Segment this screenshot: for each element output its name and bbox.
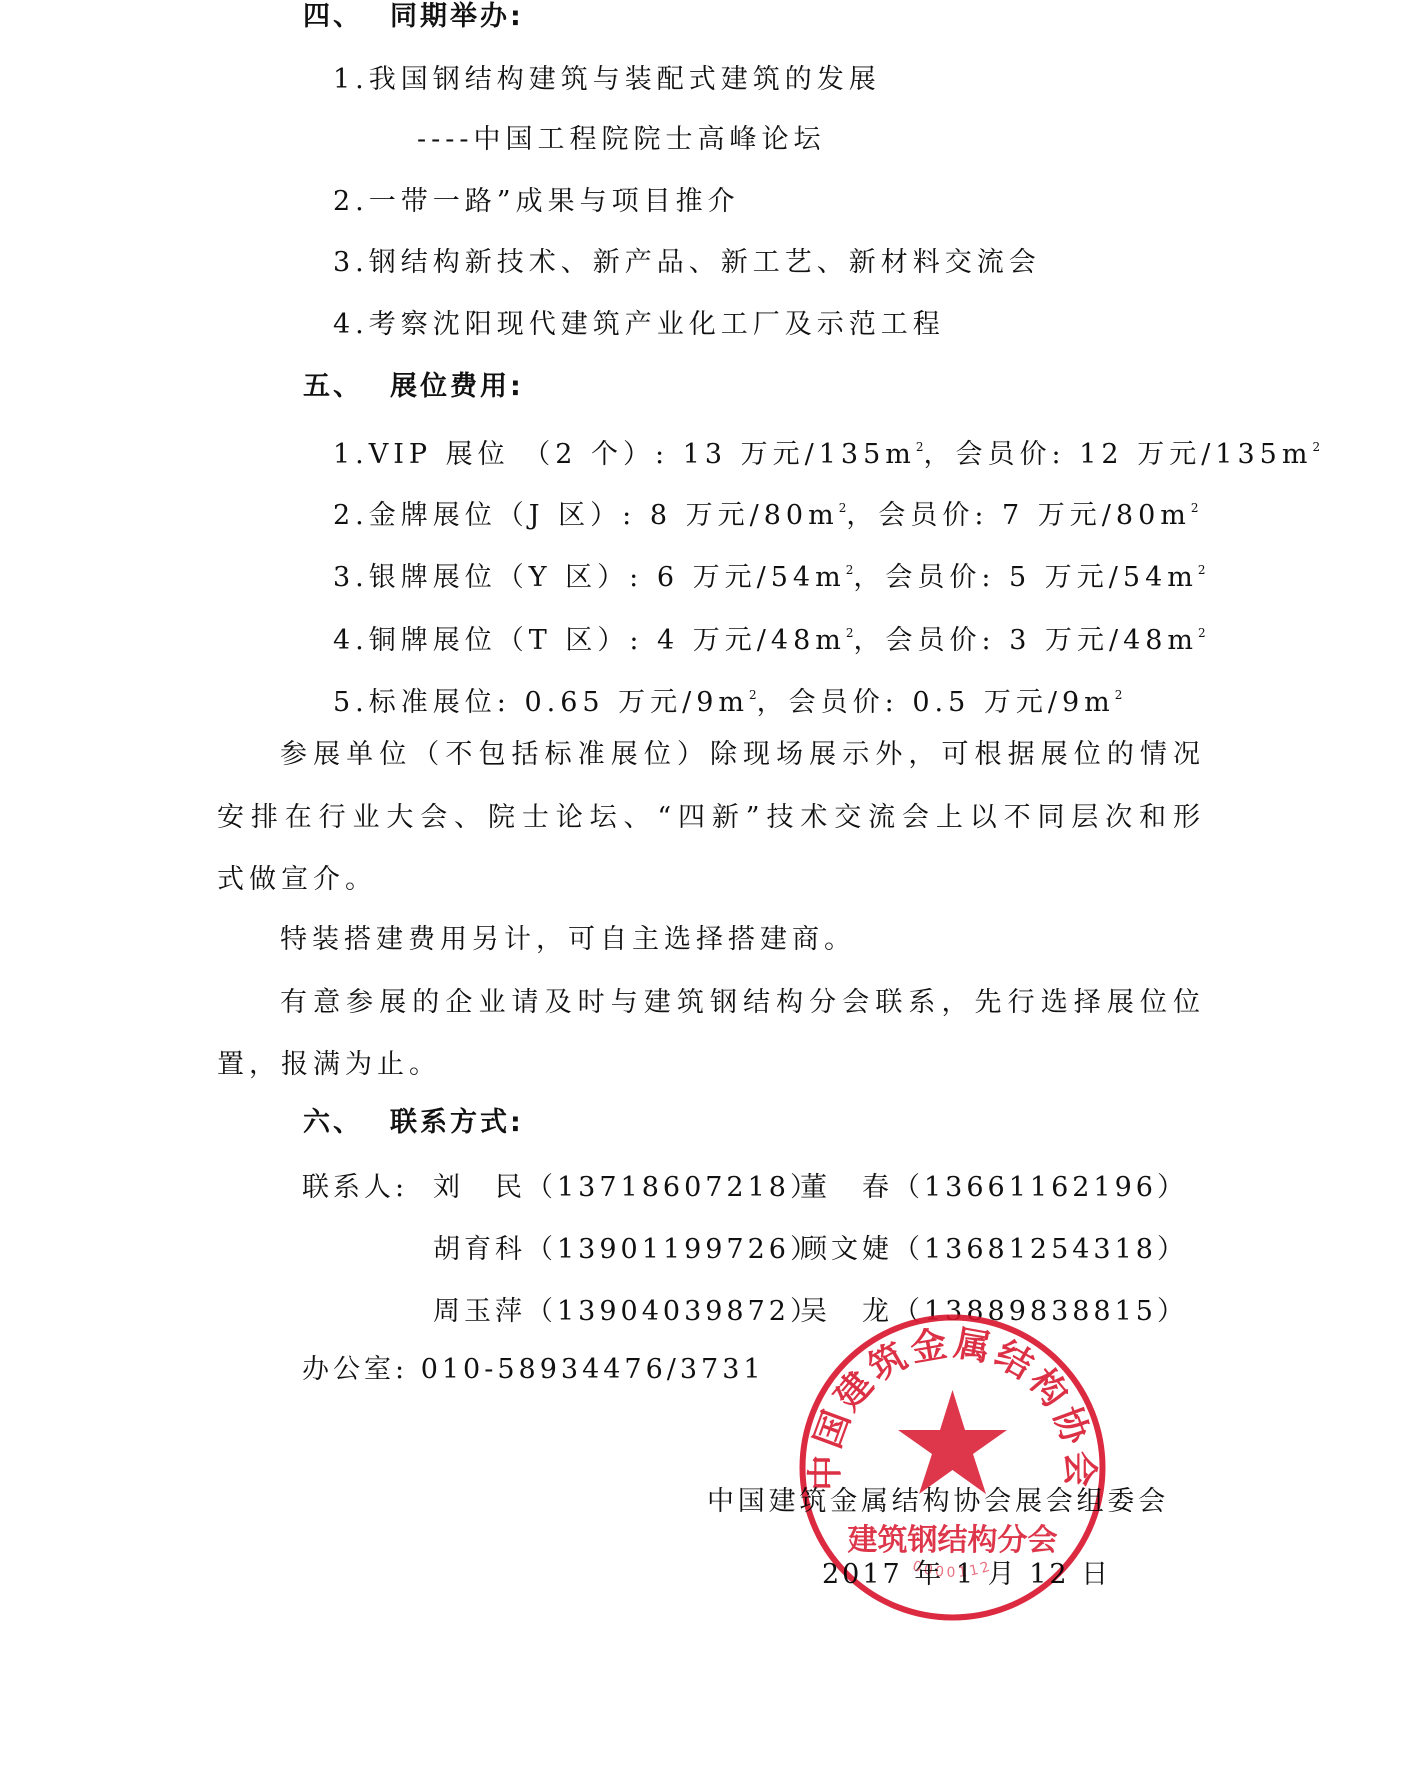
fee-row-vip: 1.VIP 展位 （2 个）: 13 万元/135m2，会员价: 12 万元/1… (333, 430, 1320, 464)
contact-entry: 吴 龙（13889838815） (800, 1295, 1188, 1329)
seal-outer-text: 中国建筑金属结构协会 (805, 1323, 1099, 1491)
fee-row-bronze: 4.铜牌展位（T 区）: 4 万元/48m2，会员价: 3 万元/48m2 (333, 616, 1206, 650)
svg-text:中国建筑金属结构协会: 中国建筑金属结构协会 (805, 1323, 1099, 1491)
contact-entry: 顾文婕（13681254318） (800, 1233, 1188, 1267)
fee-member-price: 3 万元/48m (1009, 625, 1198, 656)
contact-name: 胡育科 (433, 1234, 526, 1265)
section-4-item-3: 3.钢结构新技术、新产品、新工艺、新材料交流会 (333, 246, 1041, 280)
section-5-heading: 五、展位费用: (303, 370, 524, 404)
section-6-heading: 六、联系方式: (303, 1106, 524, 1140)
fee-label: 5.标准展位: (333, 687, 511, 718)
fee-price: 4 万元/48m (657, 625, 846, 656)
contact-phone: （13901199726） (526, 1234, 821, 1265)
fee-unit-sup: 2 (916, 440, 924, 454)
section-4-item-1-subtitle: ----中国工程院院士高峰论坛 (417, 123, 826, 157)
section-5-number: 五、 (303, 370, 390, 404)
fee-member-price: 0.5 万元/9m (912, 687, 1114, 718)
section-4-title: 同期举办: (390, 1, 524, 32)
contact-phone: （13661162196） (893, 1172, 1188, 1203)
section-4-item-2: 2.一带一路”成果与项目推介 (333, 185, 740, 219)
contact-entry: 胡育科（13901199726） (433, 1233, 821, 1267)
fee-member-label: ，会员价: (846, 500, 988, 531)
contact-name: 周玉萍 (433, 1296, 526, 1327)
fee-member-label: ，会员价: (854, 625, 996, 656)
contact-phone: （13904039872） (526, 1296, 821, 1327)
signature-organizer: 中国建筑金属结构协会展会组委会 (707, 1485, 1169, 1519)
fee-label: 4.铜牌展位（T 区）: (333, 625, 643, 656)
star-icon (898, 1390, 1007, 1494)
paragraph-promotion-line-3: 式做宣介。 (217, 863, 377, 897)
fee-unit-sup: 2 (1312, 440, 1320, 454)
office-label: 办公室: (302, 1354, 408, 1385)
fee-price: 8 万元/80m (650, 500, 839, 531)
contact-phone: （13718607218） (526, 1172, 821, 1203)
paragraph-construction-fee: 特装搭建费用另计，可自主选择搭建商。 (280, 923, 856, 957)
section-4-number: 四、 (303, 0, 390, 34)
office-phone: 010-58934476/3731 (421, 1354, 765, 1385)
fee-price: 6 万元/54m (657, 562, 846, 593)
fee-unit-sup: 2 (1198, 563, 1206, 577)
contact-phone: （13681254318） (893, 1234, 1188, 1265)
contact-name: 顾文婕 (800, 1234, 893, 1265)
office-phone-row: 办公室: 010-58934476/3731 (302, 1353, 765, 1387)
fee-price: 13 万元/135m (683, 439, 916, 470)
fee-label: 2.金牌展位（J 区）: (333, 500, 636, 531)
section-6-title: 联系方式: (390, 1107, 524, 1138)
section-4-heading: 四、同期举办: (303, 0, 524, 34)
signature-date: 2017 年 1 月 12 日 (822, 1558, 1111, 1592)
fee-row-silver: 3.银牌展位（Y 区）: 6 万元/54m2，会员价: 5 万元/54m2 (333, 553, 1206, 587)
fee-label: 3.银牌展位（Y 区）: (333, 562, 643, 593)
fee-member-label: ，会员价: (924, 439, 1066, 470)
seal-inner-text: 建筑钢结构分会 (848, 1523, 1058, 1558)
fee-row-standard: 5.标准展位: 0.65 万元/9m2，会员价: 0.5 万元/9m2 (333, 678, 1122, 712)
fee-member-label: ，会员价: (853, 562, 995, 593)
contact-entry: 周玉萍（13904039872） (433, 1295, 821, 1329)
section-6-number: 六、 (303, 1106, 390, 1140)
paragraph-registration-line-2: 置，报满为止。 (217, 1048, 441, 1082)
paragraph-registration-line-1: 有意参展的企业请及时与建筑钢结构分会联系，先行选择展位位 (280, 986, 1200, 1020)
fee-unit-sup: 2 (1191, 501, 1199, 515)
contact-entry: 刘 民（13718607218） (433, 1171, 821, 1205)
section-4-item-1: 1.我国钢结构建筑与装配式建筑的发展 (333, 63, 881, 97)
contact-name: 吴 龙 (800, 1296, 893, 1327)
fee-price: 0.65 万元/9m (524, 687, 749, 718)
contact-phone: （13889838815） (893, 1296, 1188, 1327)
fee-row-gold: 2.金牌展位（J 区）: 8 万元/80m2，会员价: 7 万元/80m2 (333, 491, 1199, 525)
paragraph-promotion-line-2: 安排在行业大会、院士论坛、“四新”技术交流会上以不同层次和形 (217, 801, 1200, 835)
fee-unit-sup: 2 (749, 688, 757, 702)
contact-name: 刘 民 (433, 1172, 526, 1203)
fee-unit-sup: 2 (1115, 688, 1123, 702)
paragraph-promotion-line-1: 参展单位（不包括标准展位）除现场展示外，可根据展位的情况 (280, 738, 1200, 772)
fee-unit-sup: 2 (846, 626, 854, 640)
contact-name: 董 春 (800, 1172, 893, 1203)
contact-entry: 董 春（13661162196） (800, 1171, 1188, 1205)
fee-member-label: ，会员价: (757, 687, 899, 718)
section-4-item-4: 4.考察沈阳现代建筑产业化工厂及示范工程 (333, 308, 945, 342)
section-5-title: 展位费用: (390, 371, 524, 402)
contact-label: 联系人: (302, 1171, 408, 1205)
fee-member-price: 5 万元/54m (1009, 562, 1198, 593)
fee-label: 1.VIP 展位 （2 个）: (333, 439, 669, 470)
fee-member-price: 12 万元/135m (1079, 439, 1312, 470)
fee-unit-sup: 2 (1198, 626, 1206, 640)
fee-member-price: 7 万元/80m (1002, 500, 1191, 531)
